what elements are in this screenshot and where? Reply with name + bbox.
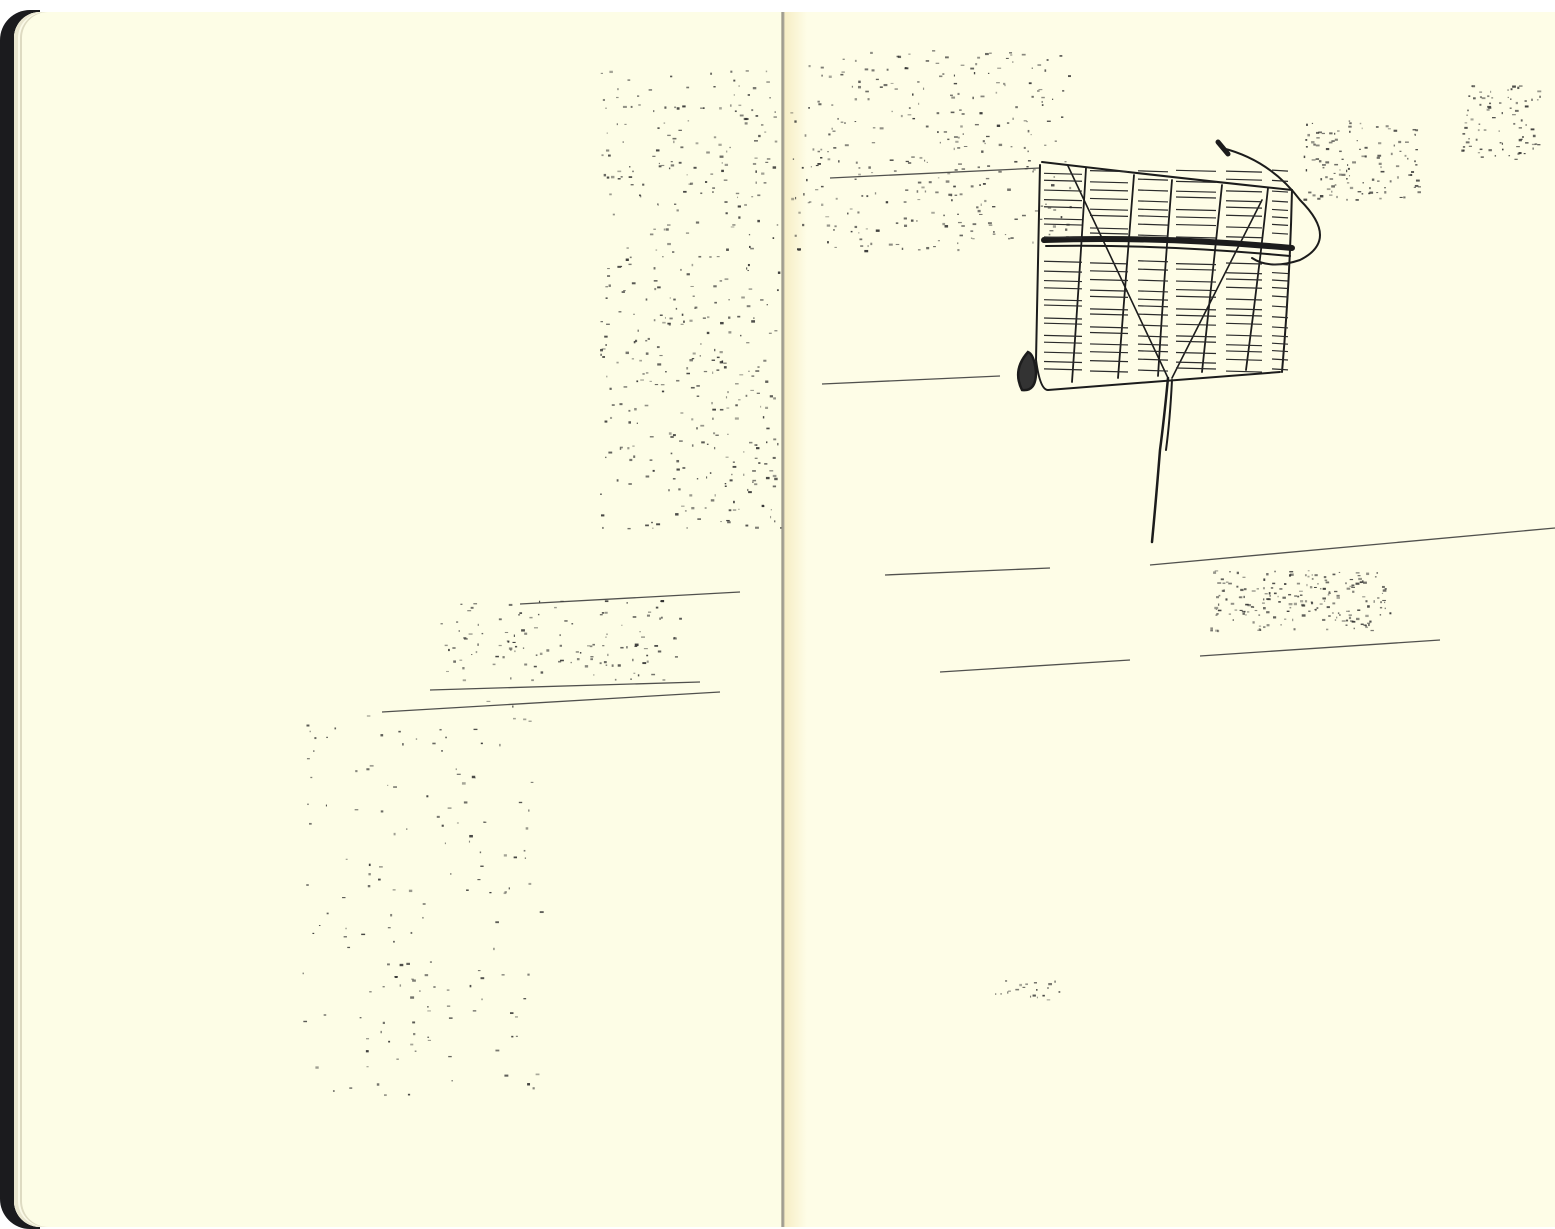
scroll-sketch bbox=[0, 0, 1555, 1229]
